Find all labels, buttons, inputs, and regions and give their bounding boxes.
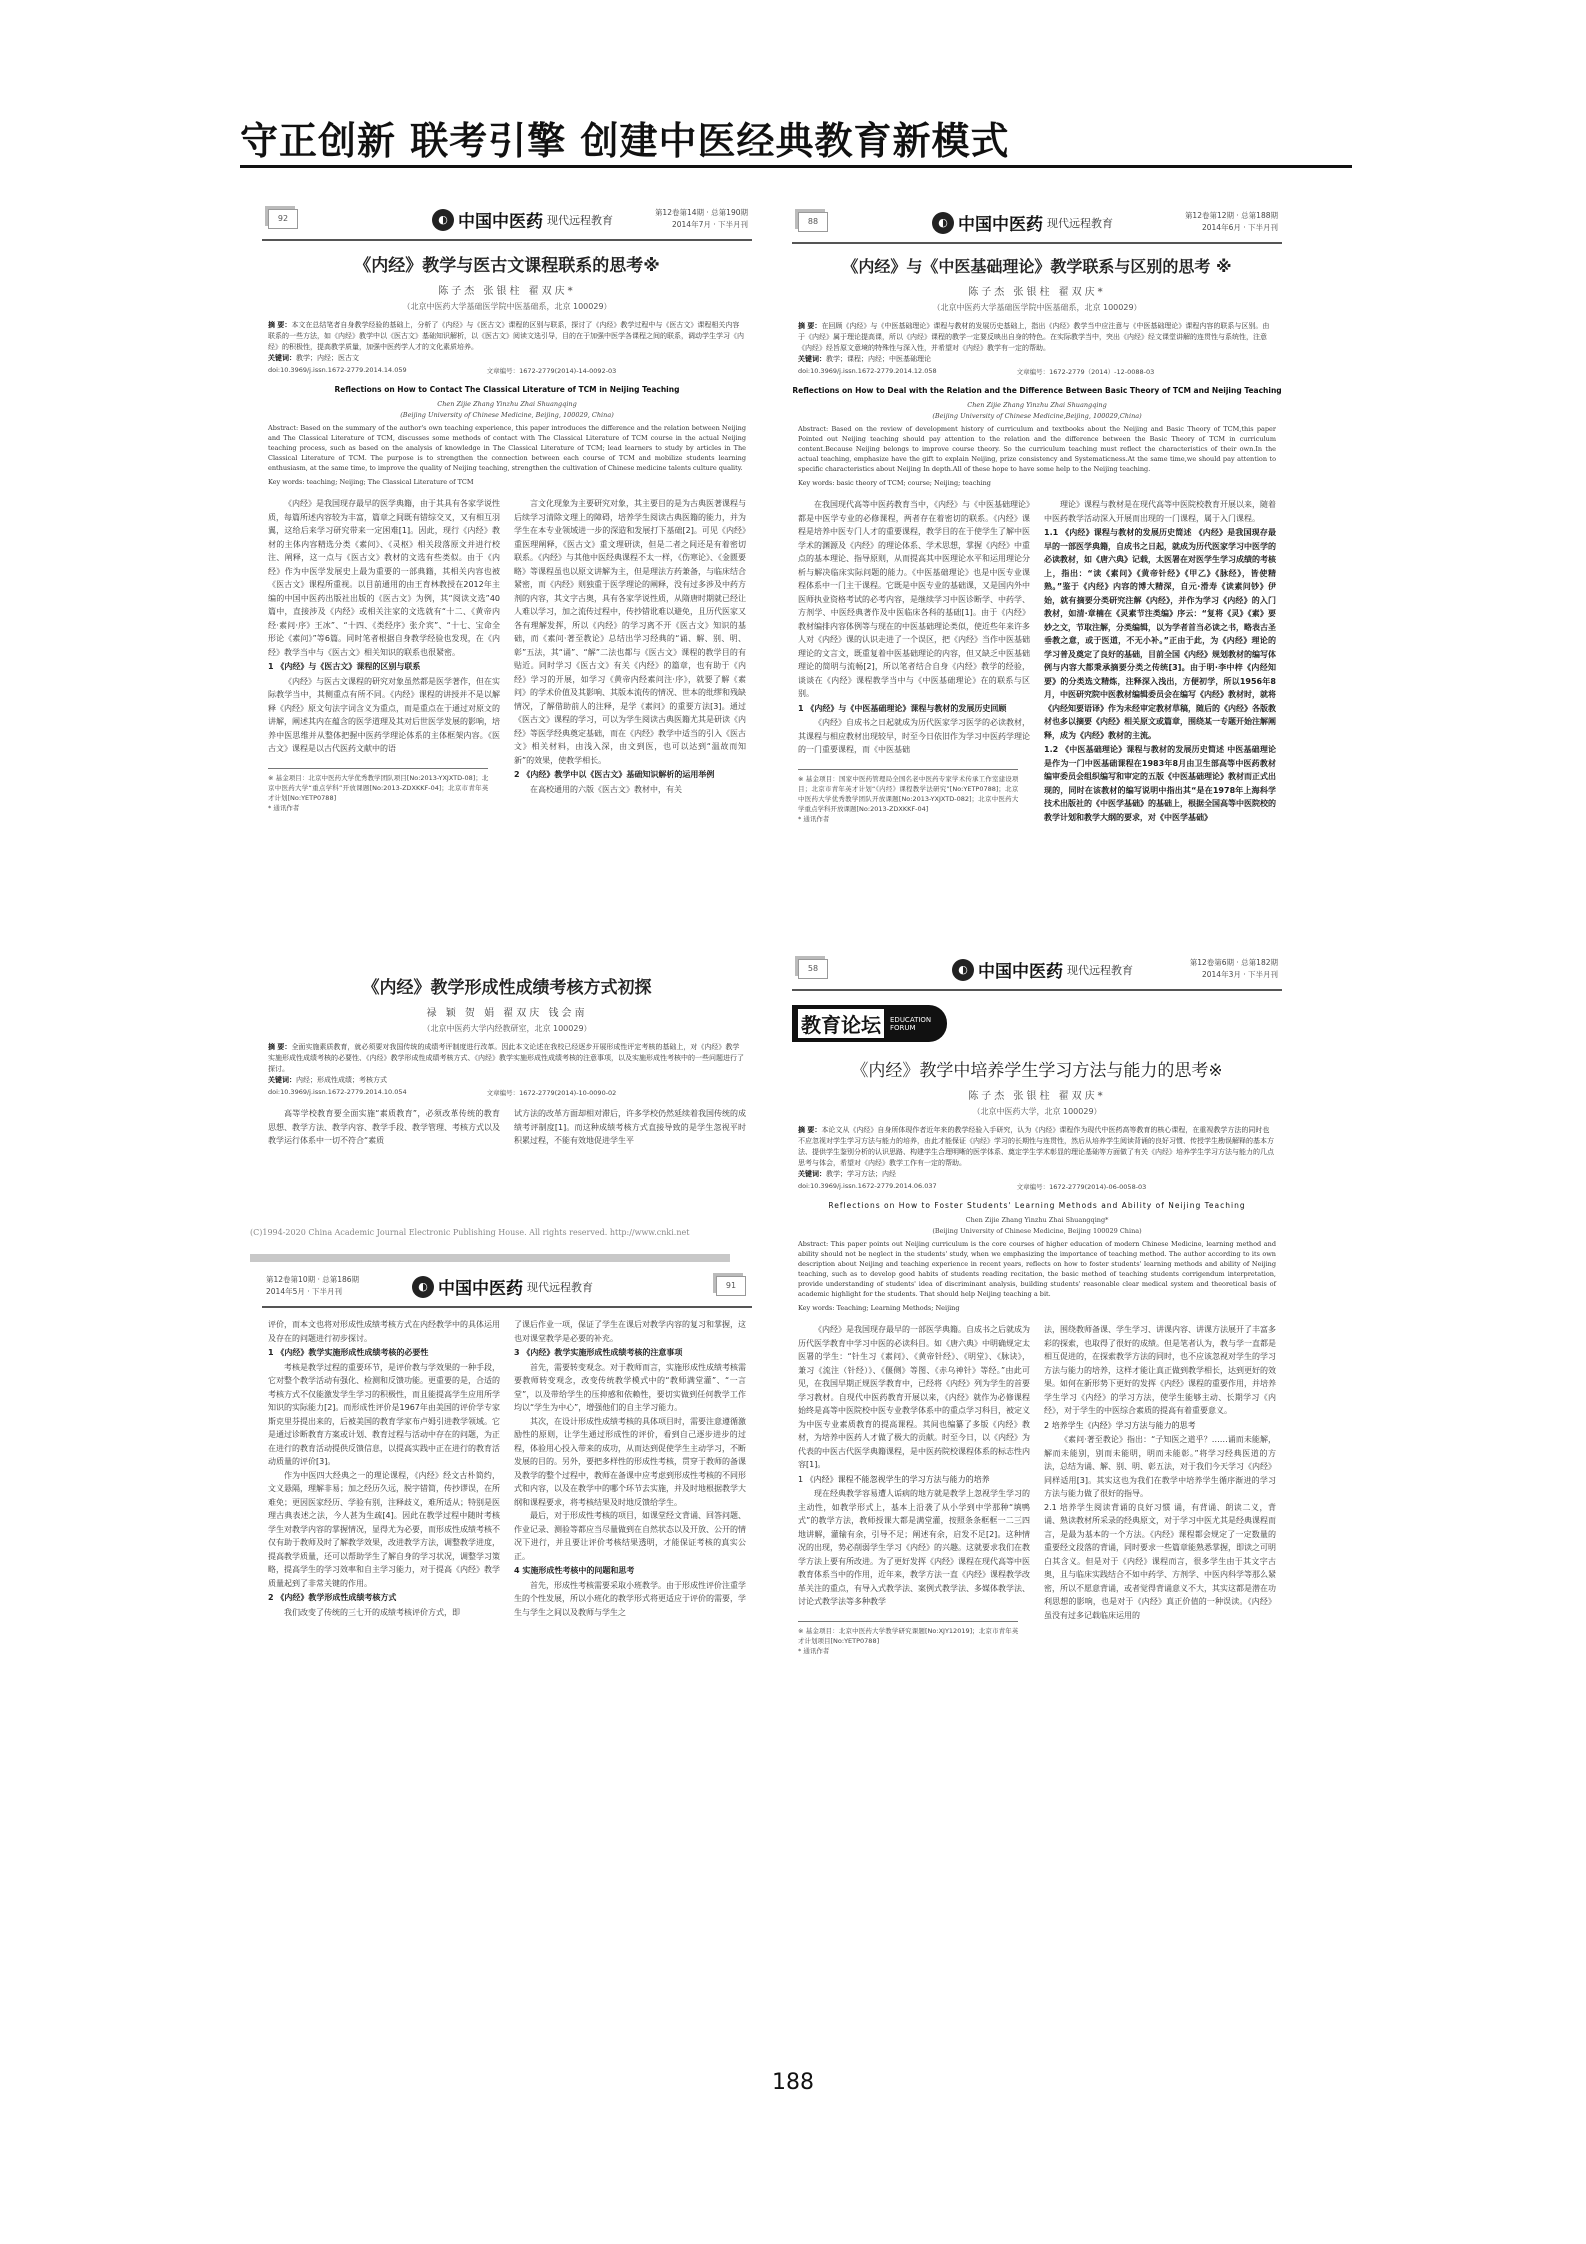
section-heading: 2 《内经》教学中以《医古文》基础知识解析的运用举例 [514,768,746,782]
english-title: Reflections on How to Deal with the Rela… [792,386,1282,395]
article-clip-2: 88 ◐ 中国中医药 现代远程教育 第12卷第12期 · 总第188期 2014… [792,208,1282,908]
article-clip-1: 92 ◐ 中国中医药 现代远程教育 第12卷第14期 · 总第190期 2014… [262,205,752,940]
issue-info: 第12卷第6期 · 总第182期 2014年3月 · 下半月刊 [1190,957,1278,981]
body-column-right: 理论》课程与教材是在现代高等中医院校教育开展以来，随着中医药教学活动深入开展而出… [1044,498,1276,825]
article-affiliation: （北京中医药大学基础医学院中医基础系，北京 100029） [792,302,1282,313]
abstract-cn: 摘 要：在回顾《内经》与《中医基础理论》课程与教材的发展历史基础上，指出《内经》… [798,321,1276,365]
doi-line: doi:10.3969/j.issn.1672-2779.2014.06.037… [798,1182,1276,1191]
journal-header: 58 ◐ 中国中医药 现代远程教育 第12卷第6期 · 总第182期 2014年… [792,955,1282,991]
journal-emblem-icon: ◐ [412,1276,434,1298]
doi-line: doi:10.3969/j.issn.1672-2779.2014.14.059… [268,366,746,375]
body-columns: 在我国现代高等中医药教育当中，《内经》与《中医基础理论》都是中医学专业的必修课程… [798,498,1276,825]
section-heading: 3 《内经》教学实施形成性成绩考核的注意事项 [514,1346,746,1360]
section-heading: 2 《内经》教学形成性成绩考核方式 [268,1591,500,1605]
keywords-en: Key words: teaching; Neijing; The Classi… [268,477,746,487]
body-columns: 高等学校教育要全面实施“素质教育”，必须改革传统的教育思想、教学方法、教学内容、… [268,1107,746,1148]
article-authors: 陈子杰 张银柱 翟双庆* [262,282,752,297]
article-clip-3: 《内经》教学形成性成绩考核方式初探 禄 颖 贺 娟 翟双庆 钱会南 （北京中医药… [262,965,752,1245]
section-heading: 1 《内经》教学实施形成性成绩考核的必要性 [268,1346,500,1360]
body-column-left: 评价，而本文也将对形成性成绩考核方式在内经教学中的具体运用及存在的问题进行初步探… [268,1318,500,1619]
section-heading: 4 实施形成性考核中的问题和思考 [514,1564,746,1578]
body-column-left: 《内经》是我国现存最早的一部医学典籍。自成书之后就成为历代医学教育中学习中医的必… [798,1323,1030,1656]
footnote: ※ 基金项目：北京中医药大学优秀教学团队项目[No:2013-YXJXTD-08… [268,768,488,813]
section-heading: 1 《内经》与《医古文》课程的区别与联系 [268,660,500,674]
article-title: 《内经》教学与医古文课程联系的思考※ [262,251,752,276]
body-columns: 评价，而本文也将对形成性成绩考核方式在内经教学中的具体运用及存在的问题进行初步探… [268,1318,746,1619]
page-number: 188 [0,2070,1586,2095]
journal-logo: ◐ 中国中医药 现代远程教育 [412,1274,593,1299]
article-authors: 禄 颖 贺 娟 翟双庆 钱会南 [262,1004,752,1019]
english-title: Reflections on How to Foster Students' L… [792,1201,1282,1210]
body-column-right: 言文化现象为主要研究对象，其主要目的是为古典医著课程与后续学习清除文理上的障碍，… [514,497,746,813]
article-authors: 陈子杰 张银柱 翟双庆* [792,1087,1282,1102]
journal-emblem-icon: ◐ [932,212,954,234]
keywords-en: Key words: Teaching; Learning Methods; N… [798,1303,1276,1313]
section-heading: 2 培养学生《内经》学习方法与能力的思考 [1044,1419,1276,1433]
title-underline [240,165,1352,168]
section-heading: 1 《内经》与《中医基础理论》课程与教材的发展历史回顾 [798,702,1030,716]
abstract-en: Abstract: Based on the summary of the au… [268,423,746,473]
page-badge: 92 [268,209,298,229]
article-affiliation: （北京中医药大学内经教研室，北京 100029） [262,1023,752,1034]
body-columns: 《内经》是我国现存最早的一部医学典籍。自成书之后就成为历代医学教育中学习中医的必… [798,1323,1276,1656]
doi-line: doi:10.3969/j.issn.1672-2779.2014.10.054… [268,1088,746,1097]
journal-logo: ◐ 中国中医药 现代远程教育 [432,207,613,232]
journal-emblem-icon: ◐ [432,209,454,231]
abstract-cn: 摘 要：本论文从《内经》自身所体现作者近年来的教学经验入手研究，认为《内经》课程… [798,1125,1276,1180]
page-title: 守正创新 联考引擎 创建中医经典教育新模式 [240,110,1009,165]
body-column-right: 了课后作业一项，保证了学生在课后对教学内容的复习和掌握，这也对课堂教学是必要的补… [514,1318,746,1619]
journal-emblem-icon: ◐ [952,959,974,981]
article-title: 《内经》教学中培养学生学习方法与能力的思考※ [792,1056,1282,1081]
article-title: 《内经》与《中医基础理论》教学联系与区别的思考 ※ [792,254,1282,277]
issue-info: 第12卷第14期 · 总第190期 2014年7月 · 下半月刊 [655,207,748,231]
keywords-en: Key words: basic theory of TCM; course; … [798,478,1276,488]
page-badge: 88 [798,212,828,232]
article-authors: 陈子杰 张银柱 翟双庆* [792,283,1282,298]
article-affiliation: （北京中医药大学，北京 100029） [792,1106,1282,1117]
journal-header: 第12卷第10期 · 总第186期 2014年5月 · 下半月刊 ◐ 中国中医药… [262,1272,752,1308]
issue-info: 第12卷第12期 · 总第188期 2014年6月 · 下半月刊 [1185,210,1278,234]
issue-info: 第12卷第10期 · 总第186期 2014年5月 · 下半月刊 [266,1274,359,1298]
article-clip-5: 58 ◐ 中国中医药 现代远程教育 第12卷第6期 · 总第182期 2014年… [792,955,1282,1675]
body-column-left: 在我国现代高等中医药教育当中，《内经》与《中医基础理论》都是中医学专业的必修课程… [798,498,1030,825]
english-title: Reflections on How to Contact The Classi… [262,385,752,394]
abstract-en: Abstract: This paper points out Neijing … [798,1239,1276,1299]
body-column-right: 法，围绕教师备课、学生学习、讲课内容、讲课方法展开了丰富多彩的探索，也取得了很好… [1044,1323,1276,1656]
journal-logo: ◐ 中国中医药 现代远程教育 [952,957,1133,982]
journal-header: 88 ◐ 中国中医药 现代远程教育 第12卷第12期 · 总第188期 2014… [792,208,1282,244]
article-affiliation: （北京中医药大学基础医学院中医基础系，北京 100029） [262,301,752,312]
education-forum-banner: 教育论坛 EDUCATIONFORUM [792,1005,947,1042]
section-heading: 1 《内经》课程不能忽视学生的学习方法与能力的培养 [798,1473,1030,1487]
abstract-en: Abstract: Based on the review of develop… [798,424,1276,474]
journal-logo: ◐ 中国中医药 现代远程教育 [932,210,1113,235]
page-badge: 58 [798,959,828,979]
footnote: ※ 基金项目：北京中医药大学教学研究课题[No:XJY12019]；北京市青年英… [798,1621,1018,1656]
body-column-left: 《内经》是我国现存最早的医学典籍，由于其具有各家学说性质，每篇所述内容较为丰富，… [268,497,500,813]
article-clip-4: 第12卷第10期 · 总第186期 2014年5月 · 下半月刊 ◐ 中国中医药… [262,1272,752,1672]
footnote: ※ 基金项目：国家中医药管理局全国名老中医药专家学术传承工作室建设项目；北京市青… [798,769,1018,824]
journal-header: 92 ◐ 中国中医药 现代远程教育 第12卷第14期 · 总第190期 2014… [262,205,752,241]
body-columns: 《内经》是我国现存最早的医学典籍，由于其具有各家学说性质，每篇所述内容较为丰富，… [268,497,746,813]
abstract-cn: 摘 要：本文在总结笔者自身教学经验的基础上，分析了《内经》与《医古文》课程的区别… [268,320,746,364]
page-badge: 91 [716,1276,746,1296]
article-title: 《内经》教学形成性成绩考核方式初探 [262,973,752,998]
copyright-notice: (C)1994-2020 China Academic Journal Elec… [250,1228,689,1237]
doi-line: doi:10.3969/j.issn.1672-2779.2014.12.058… [798,367,1276,376]
page-separator [250,1254,730,1262]
abstract-cn: 摘 要：全面实施素质教育，就必须要对我国传统的成绩考评制度进行改革。因此本文论述… [268,1042,746,1086]
